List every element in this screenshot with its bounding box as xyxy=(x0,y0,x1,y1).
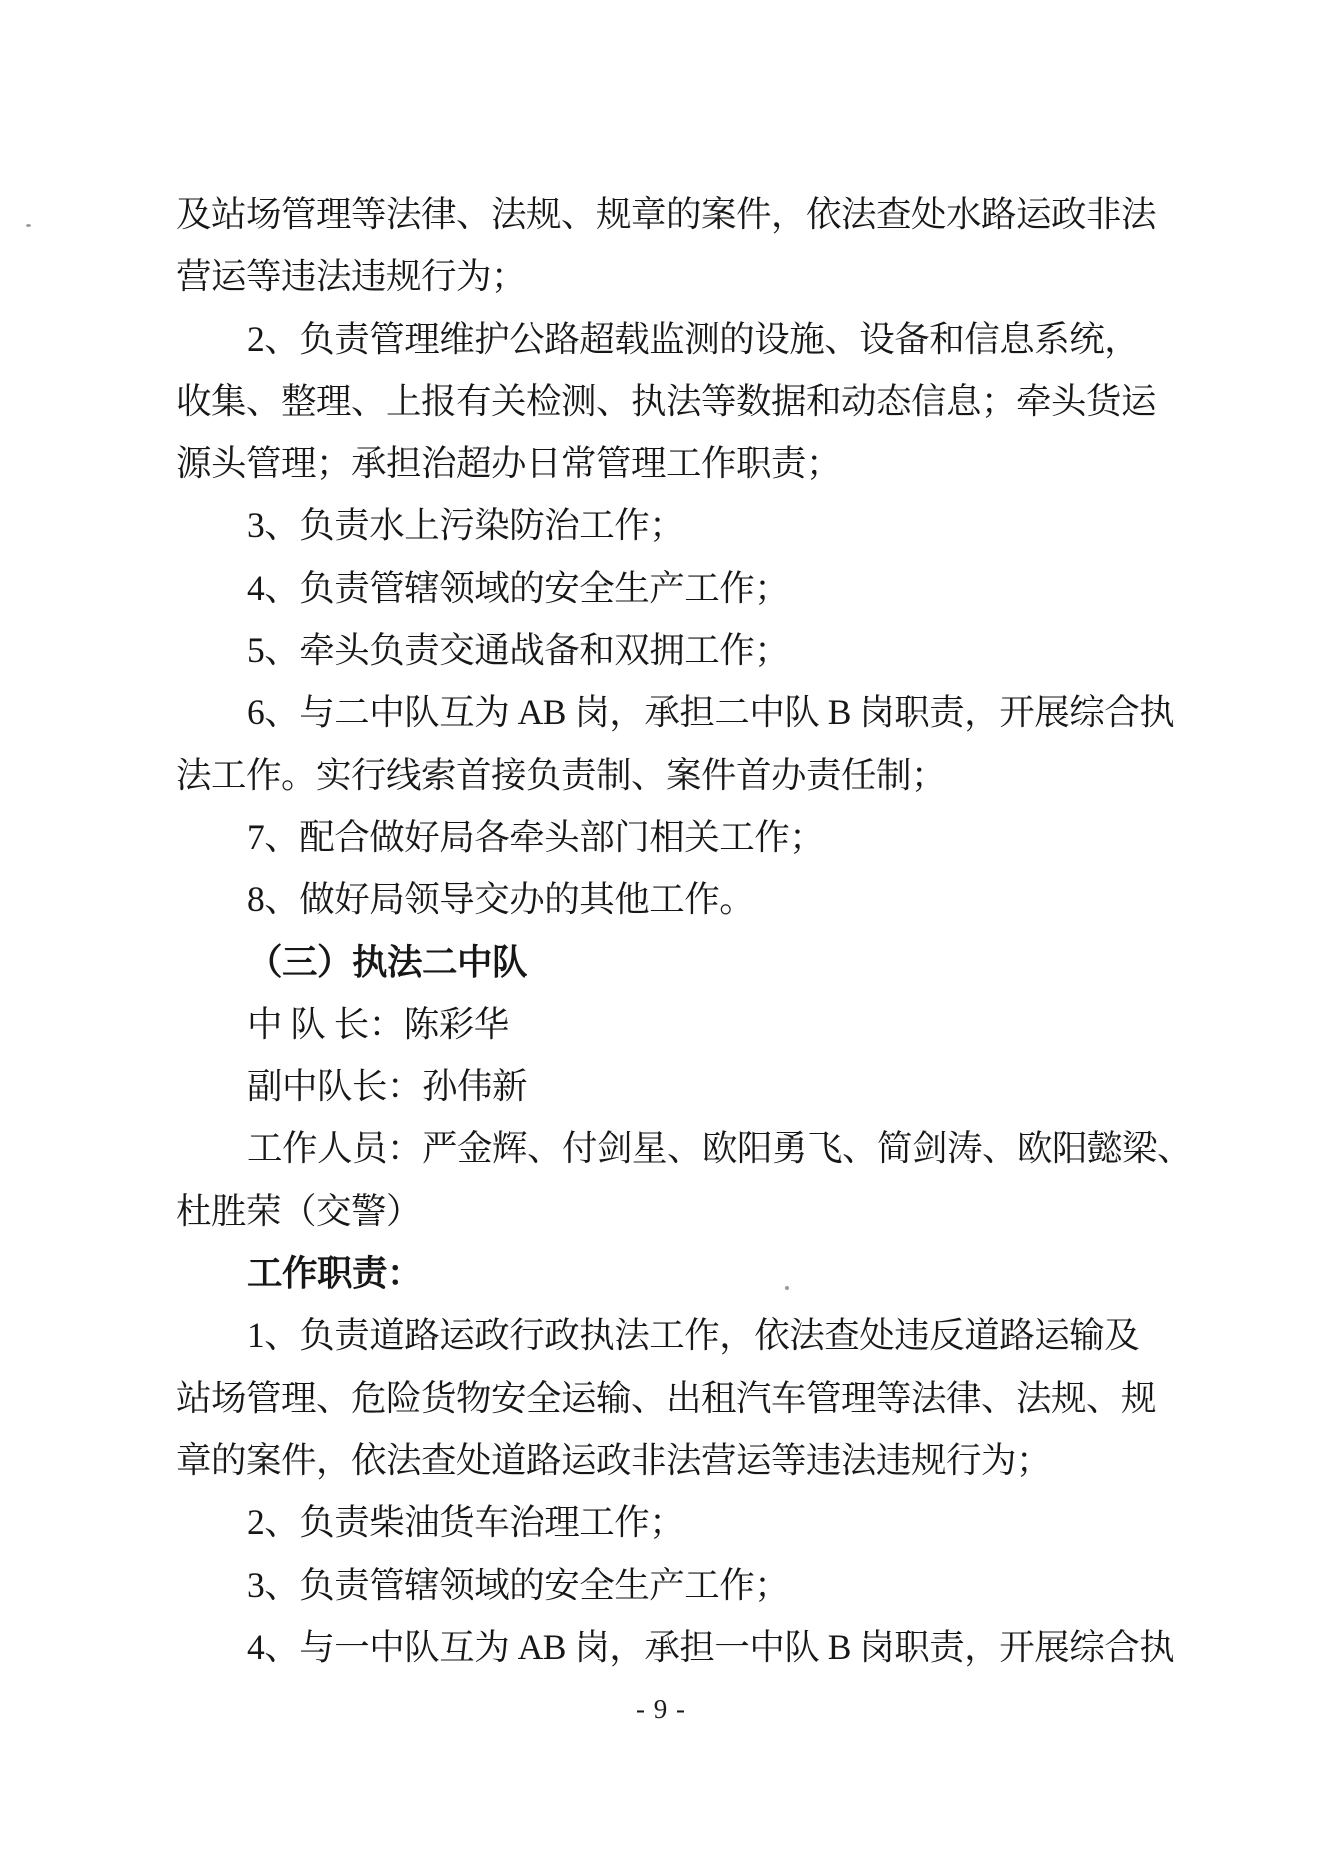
text-line: 3、负责管辖领域的安全生产工作； xyxy=(176,1554,1166,1616)
text-line: 中 队 长：陈彩华 xyxy=(176,993,1166,1055)
text-line: 5、牵头负责交通战备和双拥工作； xyxy=(176,619,1166,681)
text-line: 7、配合做好局各牵头部门相关工作； xyxy=(176,806,1166,868)
text-line: 4、与一中队互为 AB 岗，承担一中队 B 岗职责，开展综合执 xyxy=(176,1616,1166,1678)
text-line: 副中队长：孙伟新 xyxy=(176,1055,1166,1117)
page-number: - 9 - xyxy=(636,1694,686,1724)
text-line: 及站场管理等法律、法规、规章的案件，依法查处水路运政非法 xyxy=(176,183,1166,245)
text-line: 章的案件，依法查处道路运政非法营运等违法违规行为； xyxy=(176,1429,1166,1491)
page-footer: - 9 - xyxy=(0,1694,1322,1725)
text-line: 源头管理；承担治超办日常管理工作职责； xyxy=(176,432,1166,494)
section-heading: 工作职责： xyxy=(176,1242,1166,1304)
text-line: 法工作。实行线索首接负责制、案件首办责任制； xyxy=(176,744,1166,806)
document-page: 及站场管理等法律、法规、规章的案件，依法查处水路运政非法 营运等违法违规行为； … xyxy=(0,0,1322,1871)
text-line: 收集、整理、上报有关检测、执法等数据和动态信息；牵头货运 xyxy=(176,370,1166,432)
text-line: 站场管理、危险货物安全运输、出租汽车管理等法律、法规、规 xyxy=(176,1367,1166,1429)
text-line: 2、负责柴油货车治理工作； xyxy=(176,1491,1166,1553)
section-heading: （三）执法二中队 xyxy=(176,931,1166,993)
text-line: 工作人员：严金辉、付剑星、欧阳勇飞、简剑涛、欧阳懿梁、 xyxy=(176,1117,1166,1179)
text-line: 4、负责管辖领域的安全生产工作； xyxy=(176,557,1166,619)
document-body: 及站场管理等法律、法规、规章的案件，依法查处水路运政非法 营运等违法违规行为； … xyxy=(176,183,1166,1678)
text-line: 2、负责管理维护公路超载监测的设施、设备和信息系统， xyxy=(176,308,1166,370)
text-line: 营运等违法违规行为； xyxy=(176,245,1166,307)
text-line: 6、与二中队互为 AB 岗，承担二中队 B 岗职责，开展综合执 xyxy=(176,681,1166,743)
text-line: 8、做好局领导交办的其他工作。 xyxy=(176,868,1166,930)
scan-artifact-speck xyxy=(26,224,31,227)
text-line: 3、负责水上污染防治工作； xyxy=(176,494,1166,556)
text-line: 1、负责道路运政行政执法工作，依法查处违反道路运输及 xyxy=(176,1304,1166,1366)
text-line: 杜胜荣（交警） xyxy=(176,1180,1166,1242)
